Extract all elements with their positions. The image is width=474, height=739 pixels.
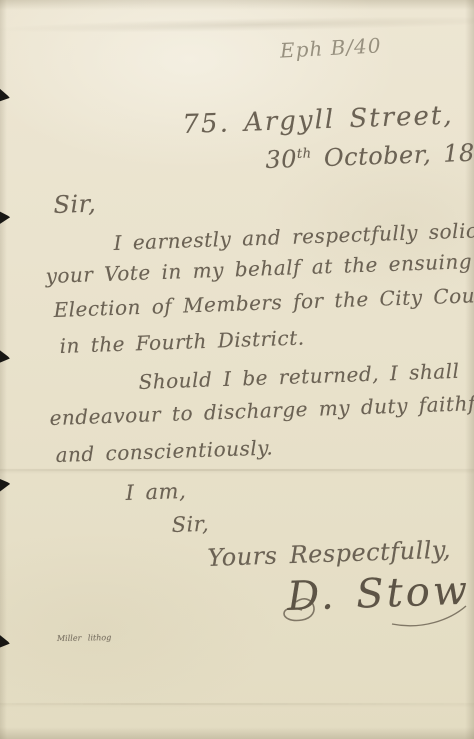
paper-crease-top — [0, 14, 474, 36]
body-line: and conscientiously. — [55, 435, 273, 467]
date-ordinal: th — [297, 146, 312, 162]
address-line: 75. Argyll Street, — [182, 101, 454, 140]
body-line: your Vote in my behalf at the ensuing — [45, 249, 472, 288]
date-day: 30 — [265, 145, 298, 174]
closing-yours: Yours Respectfully, — [207, 536, 451, 572]
archival-annotation: Eph B/40 — [279, 33, 382, 62]
fold-crease-middle — [0, 469, 474, 471]
body-line: in the Fourth District. — [59, 325, 305, 358]
binding-mark — [0, 87, 11, 104]
binding-mark — [0, 208, 11, 224]
signature-flourish — [272, 572, 468, 634]
fold-crease-bottom — [0, 703, 474, 705]
closing-sir: Sir, — [171, 512, 209, 537]
body-line: Should I be returned, I shall — [138, 359, 460, 394]
letter-page: Eph B/40 75. Argyll Street, 30th October… — [0, 0, 474, 739]
printer-imprint: Miller lithog — [57, 633, 112, 643]
binding-mark — [0, 475, 11, 492]
date-rest: October, 1833. — [311, 137, 474, 172]
binding-mark — [0, 349, 11, 365]
closing-i-am: I am, — [125, 479, 186, 505]
salutation: Sir, — [53, 190, 97, 219]
body-line: Election of Members for the City Council — [53, 282, 474, 322]
date-line: 30th October, 1833. — [265, 137, 474, 174]
body-line: endeavour to discharge my duty faithfull… — [49, 390, 474, 430]
body-line: I earnestly and respectfully solicit — [113, 218, 474, 255]
binding-mark — [0, 633, 11, 649]
